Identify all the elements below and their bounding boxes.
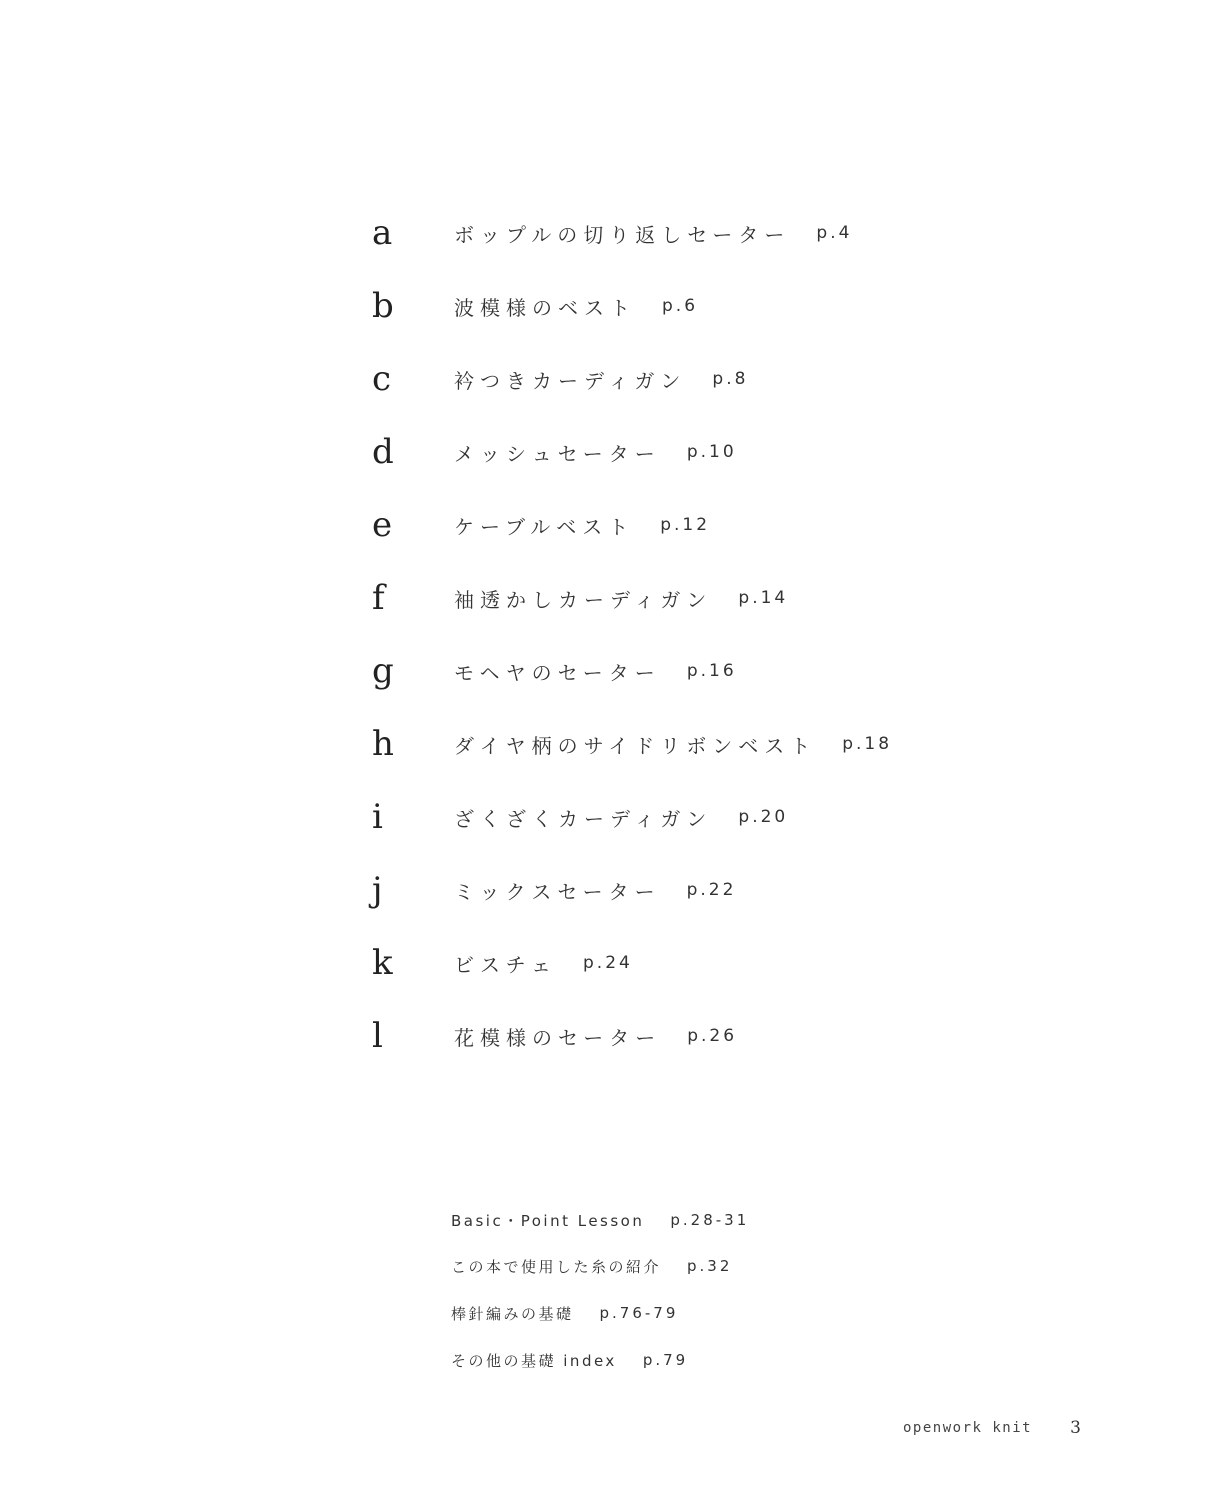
- toc-item-e[interactable]: e ケーブルベスト p.12: [368, 505, 710, 545]
- extra-page: p.32: [687, 1257, 732, 1275]
- extra-page: p.76-79: [600, 1304, 679, 1322]
- extra-title: この本で使用した糸の紹介: [451, 1256, 661, 1277]
- toc-letter: k: [368, 943, 454, 983]
- extra-item-knitting-basics[interactable]: 棒針編みの基礎 p.76-79: [451, 1301, 678, 1325]
- toc-page: p.22: [687, 880, 737, 900]
- toc-title: ダイヤ柄のサイドリボンベスト: [454, 730, 816, 759]
- toc-page: p.8: [712, 369, 748, 389]
- toc-letter: g: [368, 651, 454, 691]
- toc-letter: i: [368, 797, 454, 837]
- toc-letter: e: [368, 505, 454, 545]
- toc-page: p.20: [738, 807, 788, 827]
- toc-title: 花模様のセーター: [454, 1022, 661, 1051]
- toc-page: p.10: [687, 442, 737, 462]
- toc-item-f[interactable]: f 袖透かしカーディガン p.14: [368, 578, 788, 618]
- toc-item-b[interactable]: b 波模様のベスト p.6: [368, 286, 698, 326]
- toc-title: ミックスセーター: [454, 876, 661, 905]
- toc-title: 袖透かしカーディガン: [454, 584, 712, 613]
- toc-letter: d: [368, 432, 454, 472]
- toc-item-c[interactable]: c 衿つきカーディガン p.8: [368, 359, 748, 399]
- toc-page: p.12: [660, 515, 710, 535]
- extra-title: Basic・Point Lesson: [451, 1210, 644, 1231]
- toc-page: p.26: [687, 1026, 737, 1046]
- toc-title: ビスチェ: [454, 949, 557, 978]
- book-title: openwork knit: [903, 1420, 1032, 1436]
- toc-title: 波模様のベスト: [454, 292, 636, 321]
- toc-letter: b: [368, 286, 454, 326]
- toc-page: p.24: [583, 953, 633, 973]
- toc-item-h[interactable]: h ダイヤ柄のサイドリボンベスト p.18: [368, 724, 892, 764]
- toc-letter: j: [368, 870, 454, 910]
- toc-item-g[interactable]: g モヘヤのセーター p.16: [368, 651, 737, 691]
- toc-title: ケーブルベスト: [454, 511, 634, 540]
- toc-page: p.4: [816, 223, 852, 243]
- extra-item-basic-point-lesson[interactable]: Basic・Point Lesson p.28-31: [451, 1208, 749, 1232]
- toc-item-k[interactable]: k ビスチェ p.24: [368, 943, 633, 983]
- toc-page: p.6: [662, 296, 698, 316]
- toc-title: ボップルの切り返しセーター: [454, 219, 790, 248]
- toc-page: p.18: [842, 734, 892, 754]
- toc-item-j[interactable]: j ミックスセーター p.22: [368, 870, 736, 910]
- page-footer: openwork knit 3: [903, 1418, 1081, 1438]
- extra-page: p.79: [643, 1351, 688, 1369]
- toc-title: モヘヤのセーター: [454, 657, 661, 686]
- toc-page: p.16: [687, 661, 737, 681]
- toc-title: ざくざくカーディガン: [454, 803, 712, 832]
- toc-page: p.14: [738, 588, 788, 608]
- extra-title: 棒針編みの基礎: [451, 1303, 574, 1324]
- extra-item-yarn-intro[interactable]: この本で使用した糸の紹介 p.32: [451, 1254, 732, 1278]
- toc-letter: l: [368, 1016, 454, 1056]
- page-number: 3: [1070, 1418, 1081, 1438]
- toc-item-d[interactable]: d メッシュセーター p.10: [368, 432, 737, 472]
- extra-title: その他の基礎 index: [451, 1350, 617, 1371]
- toc-letter: f: [368, 578, 454, 618]
- toc-letter: c: [368, 359, 454, 399]
- toc-item-l[interactable]: l 花模様のセーター p.26: [368, 1016, 737, 1056]
- extra-page: p.28-31: [670, 1211, 749, 1229]
- toc-title: メッシュセーター: [454, 438, 661, 467]
- toc-title: 衿つきカーディガン: [454, 365, 686, 394]
- toc-item-i[interactable]: i ざくざくカーディガン p.20: [368, 797, 788, 837]
- toc-letter: a: [368, 213, 454, 253]
- toc-letter: h: [368, 724, 454, 764]
- toc-item-a[interactable]: a ボップルの切り返しセーター p.4: [368, 213, 852, 253]
- extra-item-other-basics-index[interactable]: その他の基礎 index p.79: [451, 1348, 688, 1372]
